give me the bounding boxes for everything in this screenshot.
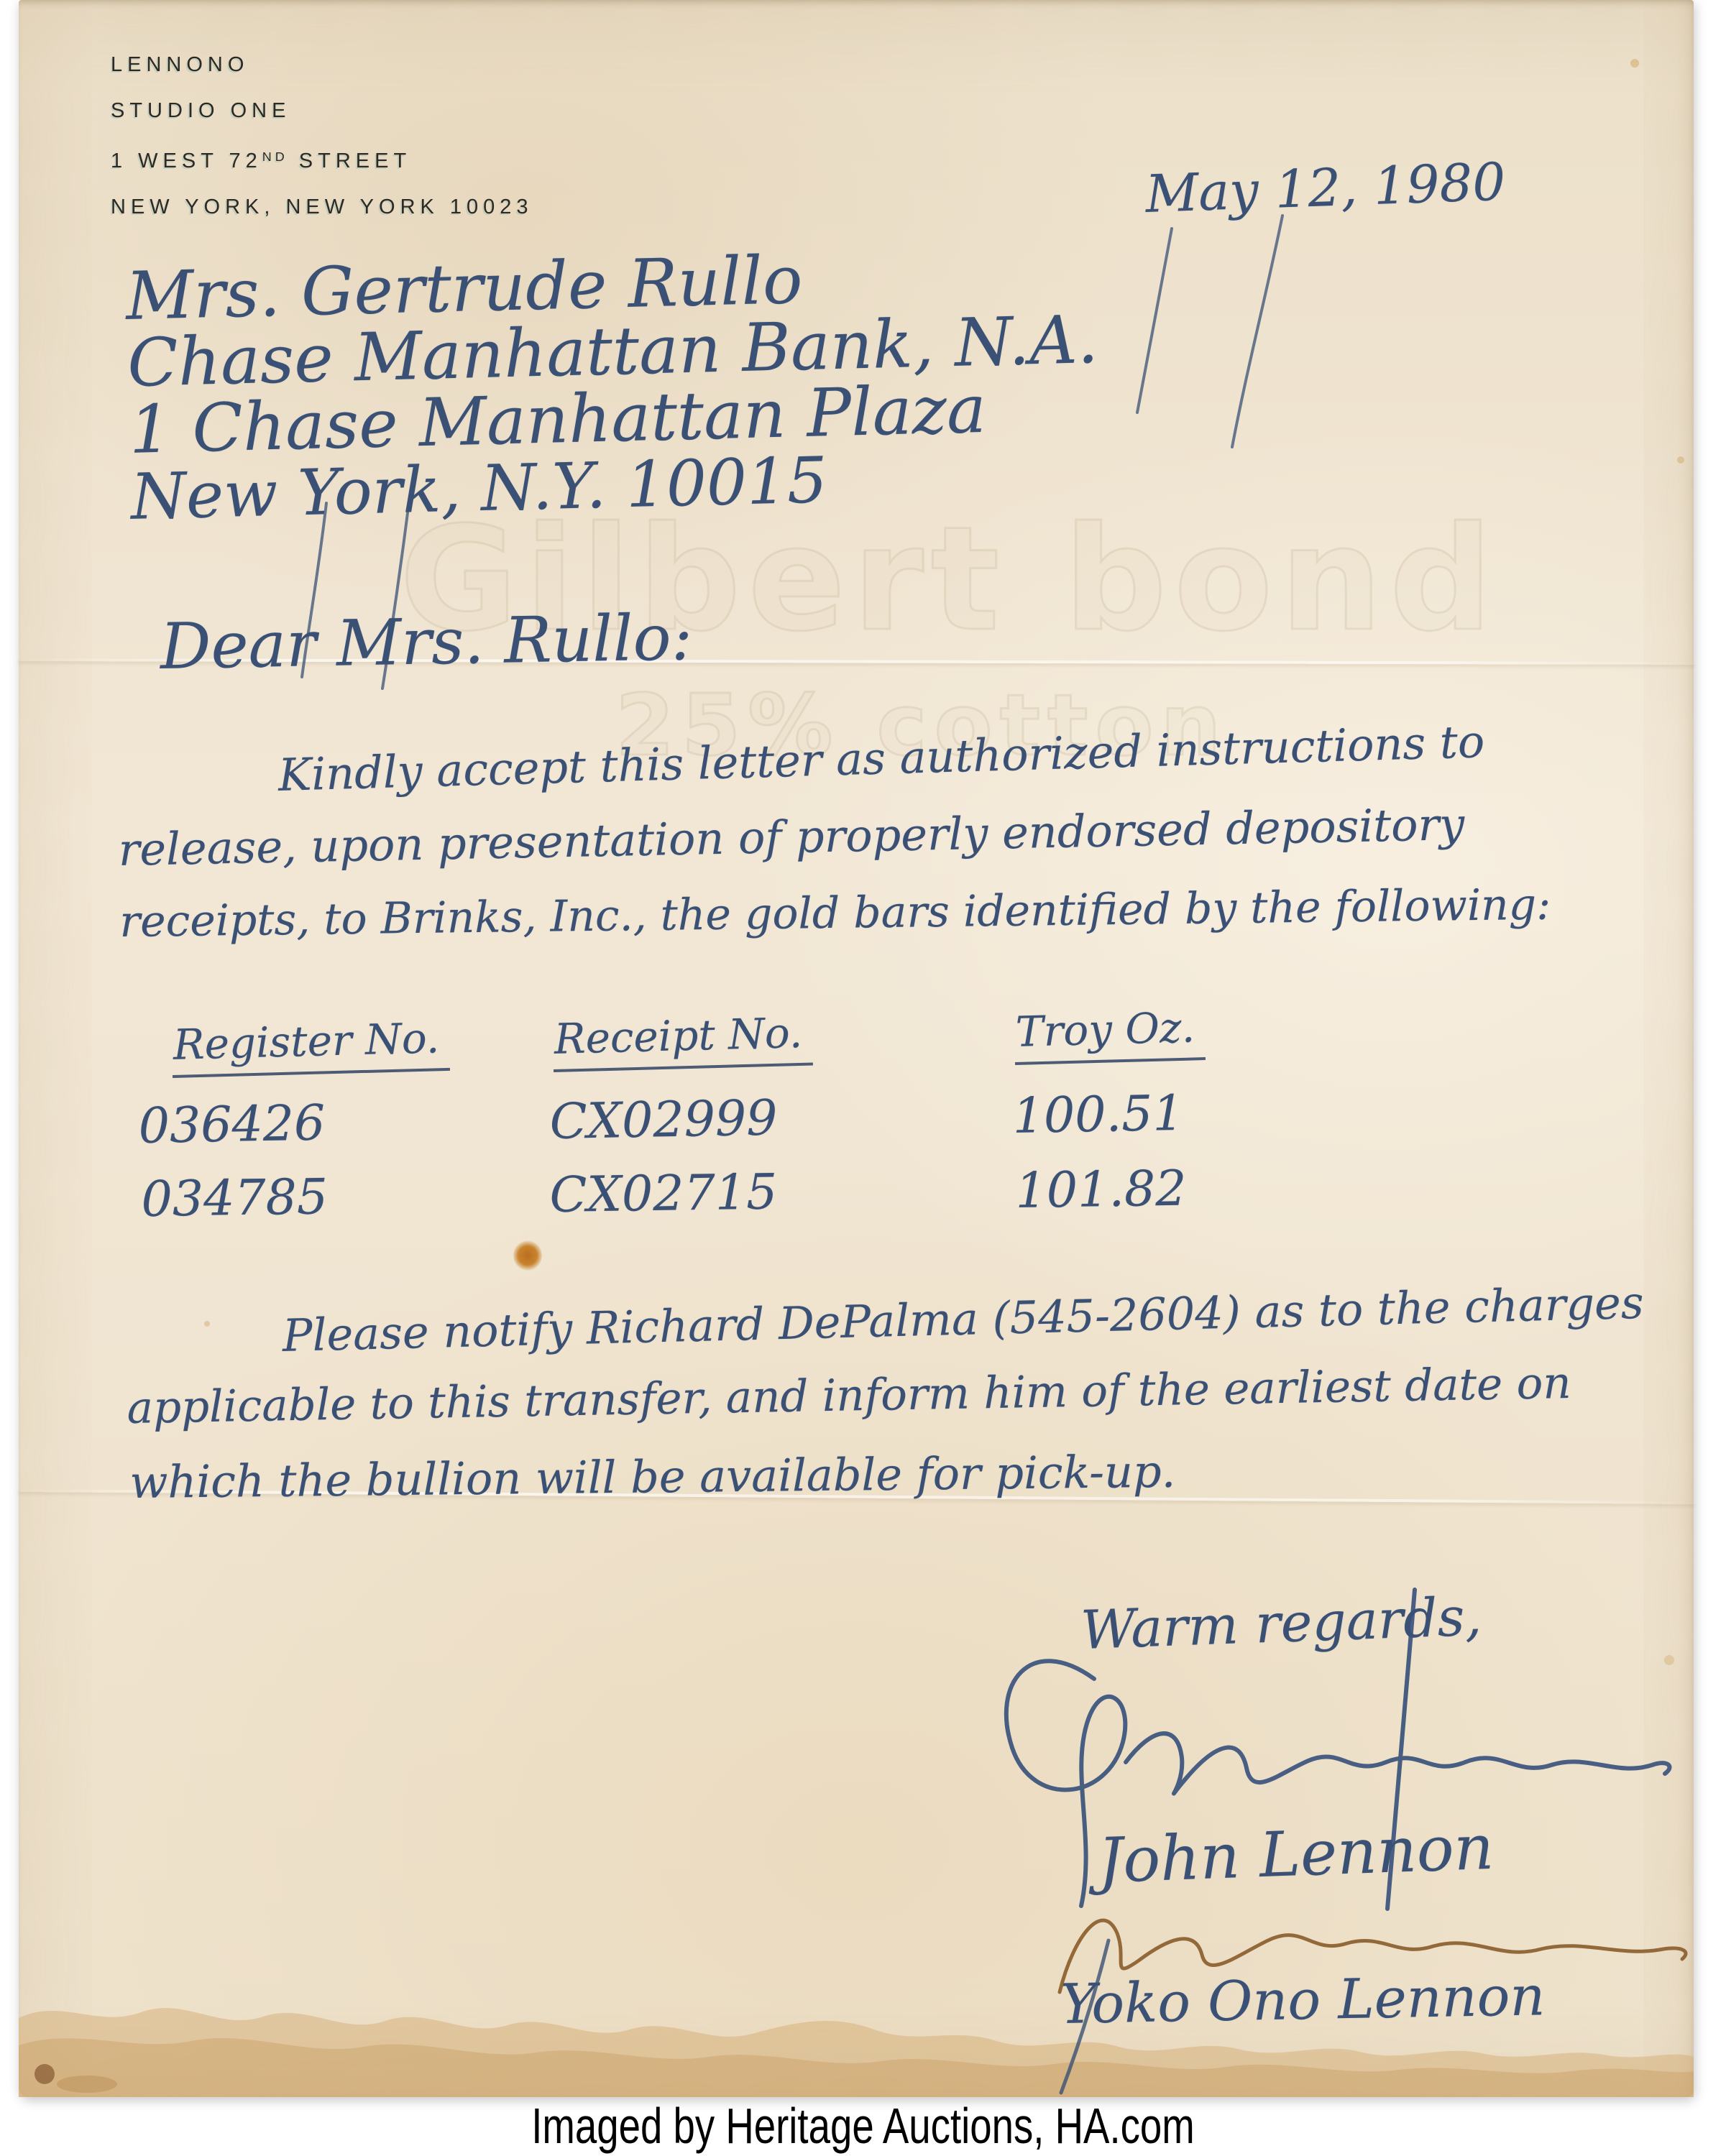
body-paragraph2-line3: which the bullion will be available for …	[129, 1445, 1176, 1508]
table-header-troy-oz: Troy Oz.	[1014, 1003, 1206, 1065]
table-header-receipt-no: Receipt No.	[552, 1008, 813, 1072]
paper-freckle	[1630, 59, 1639, 68]
table-row2-receipt-no: CX02715	[549, 1164, 778, 1224]
yoko-ono-signature-name: Yoko Ono Lennon	[1060, 1963, 1546, 2036]
rust-stain-spot	[513, 1240, 542, 1271]
body-paragraph1-line2: release, upon presentation of properly e…	[118, 798, 1465, 876]
letterhead-street: 1 WEST 72ND STREET	[111, 134, 533, 184]
water-stain-band-deep	[19, 2038, 1694, 2097]
table-row1-register-no: 036426	[138, 1095, 326, 1155]
table-header-register-no: Register No.	[171, 1013, 450, 1078]
table-row1-receipt-no: CX02999	[549, 1089, 778, 1151]
closing-valediction: Warm regards,	[1080, 1586, 1482, 1662]
letterhead-name: LENNONO	[111, 42, 533, 88]
page-background: { "document": { "letterhead": { "name": …	[0, 0, 1726, 2156]
table-row2-troy-oz: 101.82	[1015, 1161, 1187, 1220]
body-paragraph1-line3: receipts, to Brinks, Inc., the gold bars…	[119, 880, 1551, 947]
street-ordinal-superscript: ND	[262, 149, 288, 164]
table-row2-register-no: 034785	[141, 1169, 329, 1228]
footer-credit: Imaged by Heritage Auctions, HA.com	[190, 2096, 1536, 2156]
table-row1-troy-oz: 100.51	[1012, 1085, 1184, 1145]
paper-freckle	[1664, 1655, 1674, 1665]
letterhead: LENNONO STUDIO ONE 1 WEST 72ND STREET NE…	[111, 42, 533, 230]
salutation: Dear Mrs. Rullo:	[160, 600, 693, 683]
recipient-address-block: Mrs. Gertrude Rullo Chase Manhattan Bank…	[125, 239, 1102, 530]
letterhead-studio: STUDIO ONE	[111, 88, 533, 134]
letter-paper: Gilbert bond 25% cotton LENNONO STUDIO O…	[19, 0, 1694, 2097]
paper-freckle	[204, 1321, 210, 1327]
body-paragraph2-line1: Please notify Richard DePalma (545-2604)…	[282, 1276, 1644, 1362]
corner-stain-smear	[57, 2076, 117, 2093]
corner-stain-blob	[35, 2064, 55, 2084]
paper-freckle	[1677, 456, 1684, 464]
letter-date: May 12, 1980	[1144, 152, 1506, 224]
letterhead-city: NEW YORK, NEW YORK 10023	[111, 184, 533, 230]
body-paragraph2-line2: applicable to this transfer, and inform …	[127, 1358, 1571, 1434]
john-lennon-signature-name: John Lennon	[1097, 1812, 1495, 1897]
